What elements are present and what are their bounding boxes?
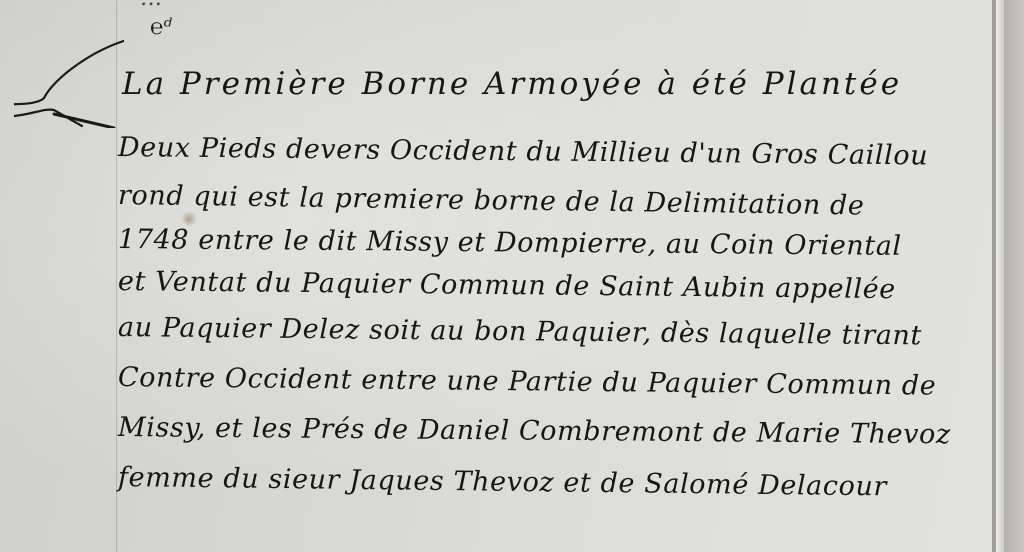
manuscript-line-1: La Première Borne Armoyée à été Plantée <box>122 66 902 102</box>
manuscript-page: … ℮ᵈ La Première Borne Armoyée à été Pla… <box>0 0 992 552</box>
superscript-mark: ℮ᵈ <box>150 14 172 40</box>
manuscript-line-3: rond qui est la premiere borne de la Del… <box>118 180 865 221</box>
manuscript-line-2: Deux Pieds devers Occident du Millieu d'… <box>118 132 928 171</box>
manuscript-line-5: et Ventat du Paquier Commun de Saint Aub… <box>118 266 896 305</box>
page-edge-highlight <box>996 0 1004 552</box>
manuscript-line-8: Missy, et les Prés de Daniel Combremont … <box>118 412 951 450</box>
manuscript-line-9: femme du sieur Jaques Thevoz et de Salom… <box>118 462 887 502</box>
manuscript-line-6: au Paquier Delez soit au bon Paquier, dè… <box>118 312 922 351</box>
decorative-initial-l-icon <box>14 28 124 128</box>
previous-line-fragment: … <box>140 0 163 11</box>
manuscript-line-7: Contre Occident entre une Partie du Paqu… <box>118 362 937 402</box>
manuscript-line-4: 1748 entre le dit Missy et Dompierre, au… <box>118 224 902 262</box>
